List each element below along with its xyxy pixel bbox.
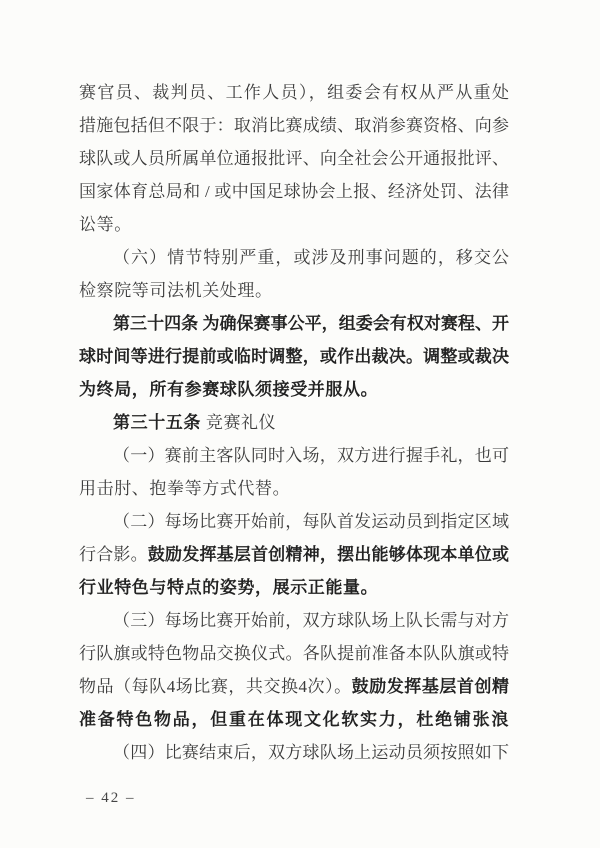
document-page: 赛官员、裁判员、工作人员），组委会有权从严从重处理， 措施包括但不限于：取消比赛… [0,0,600,848]
line-text: 物品（每队4场比赛，共交换4次）。 [79,677,352,696]
line-text: （二）每场比赛开始前，每队首发运动员到指定区域进 [113,512,509,538]
text-line-item-one: （一）赛前主客队同时入场，双方进行握手礼，也可以 [79,439,509,472]
line-text: 为终局，所有参赛球队须接受并服从。 [79,380,378,399]
text-line-article-35: 第三十五条 竞赛礼仪 [79,406,509,439]
text-line: 措施包括但不限于：取消比赛成绩、取消参赛资格、向参赛 [79,109,509,142]
document-body: 赛官员、裁判员、工作人员），组委会有权从严从重处理， 措施包括但不限于：取消比赛… [79,76,509,769]
text-line-item-two: （二）每场比赛开始前，每队首发运动员到指定区域进 [79,505,509,538]
line-text: 检察院等司法机关处理。 [79,281,273,300]
line-text: （三）每场比赛开始前，双方球队场上队长需与对方进 [113,611,509,637]
text-line: 为终局，所有参赛球队须接受并服从。 [79,373,509,406]
line-text: （六）情节特别严重，或涉及刑事问题的，移交公安、 [113,248,509,274]
text-line: 行合影。鼓励发挥基层首创精神，摆出能够体现本单位或本 [79,538,509,571]
text-line-item-four: （四）比赛结束后，双方球队场上运动员须按照如下程 [79,736,509,769]
line-text: 行业特色与特点的姿势，展示正能量。 [79,578,378,597]
text-line: 用击肘、抱拳等方式代替。 [79,472,509,505]
line-text: 行队旗或特色物品交换仪式。各队提前准备本队队旗或特色 [79,644,509,670]
text-line: 国家体育总局和 / 或中国足球协会上报、经济处罚、法律诉 [79,175,509,208]
text-line: 球队或人员所属单位通报批评、向全社会公开通报批评、向 [79,142,509,175]
text-line-item-six: （六）情节特别严重，或涉及刑事问题的，移交公安、 [79,241,509,274]
line-text: 准备特色物品，但重在体现文化软实力，杜绝铺张浪费。 [79,710,509,736]
line-text: 国家体育总局和 / 或中国足球协会上报、经济处罚、法律诉 [79,182,509,208]
text-line: 检察院等司法机关处理。 [79,274,509,307]
text-line: 行队旗或特色物品交换仪式。各队提前准备本队队旗或特色 [79,637,509,670]
line-text: 讼等。 [79,215,132,234]
line-text: 第三十四条 为确保赛事公平，组委会有权对赛程、开 [113,314,509,333]
text-line: 准备特色物品，但重在体现文化软实力，杜绝铺张浪费。 [79,703,509,736]
line-text: 球队或人员所属单位通报批评、向全社会公开通报批评、向 [79,149,509,175]
page-number: – 42 – [86,790,136,807]
line-text: 用击肘、抱拳等方式代替。 [79,479,290,498]
text-line: 赛官员、裁判员、工作人员），组委会有权从严从重处理， [79,76,509,109]
line-text: 球时间等进行提前或临时调整，或作出裁决。调整或裁决均 [79,347,509,373]
text-line: 球时间等进行提前或临时调整，或作出裁决。调整或裁决均 [79,340,509,373]
line-text: 行合影。 [79,545,148,564]
text-line-item-three: （三）每场比赛开始前，双方球队场上队长需与对方进 [79,604,509,637]
line-text: 第三十五条 [113,413,201,432]
text-line-article-34: 第三十四条 为确保赛事公平，组委会有权对赛程、开 [79,307,509,340]
line-text: 赛官员、裁判员、工作人员），组委会有权从严从重处理， [79,83,509,109]
text-line: 物品（每队4场比赛，共交换4次）。鼓励发挥基层首创精神， [79,670,509,703]
text-line: 行业特色与特点的姿势，展示正能量。 [79,571,509,604]
text-line: 讼等。 [79,208,509,241]
line-text: （四）比赛结束后，双方球队场上运动员须按照如下程 [113,743,509,769]
line-text: 竞赛礼仪 [201,413,276,432]
line-text: 措施包括但不限于：取消比赛成绩、取消参赛资格、向参赛 [79,116,509,142]
line-text: （一）赛前主客队同时入场，双方进行握手礼，也可以 [113,446,509,472]
